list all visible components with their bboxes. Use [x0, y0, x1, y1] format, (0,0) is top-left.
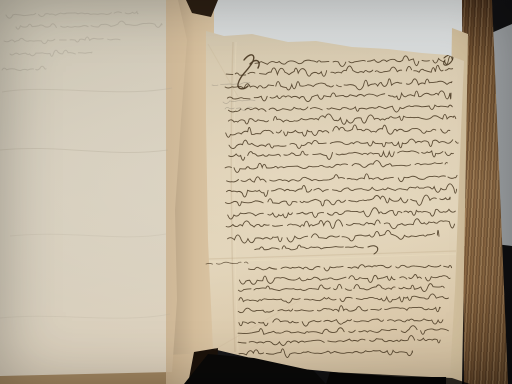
manuscript-photo	[0, 0, 512, 384]
photo-vignette	[0, 0, 512, 384]
